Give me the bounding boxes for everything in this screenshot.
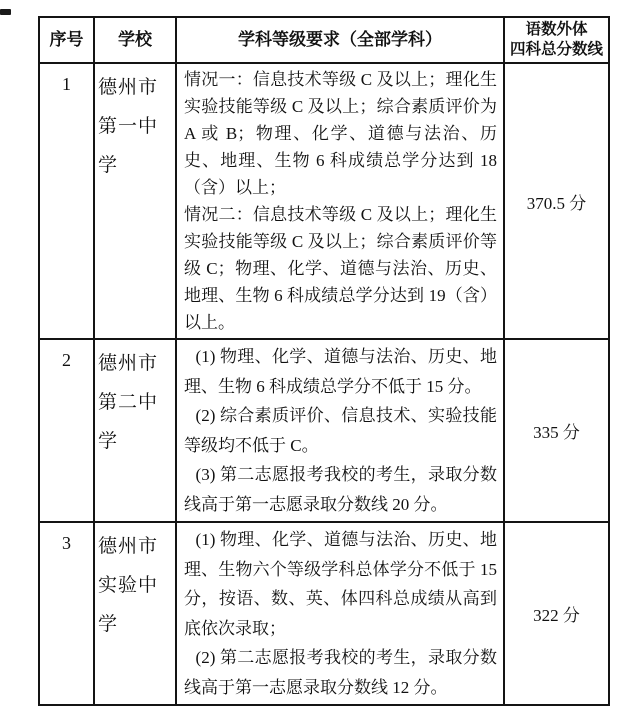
school-name-cell: 德州市第二中学 [94, 339, 176, 522]
requirement-paragraph: (2) 综合素质评价、信息技术、实验技能等级均不低于 C。 [184, 401, 497, 460]
index-cell: 3 [39, 522, 94, 705]
index-cell: 1 [39, 63, 94, 339]
requirements-cell: (1) 物理、化学、道德与法治、历史、地理、生物六个等级学科总体学分不低于 15… [176, 522, 504, 705]
requirement-paragraph: (3) 第二志愿报考我校的考生，录取分数线高于第一志愿录取分数线 20 分。 [184, 460, 497, 519]
requirements-cell: (1) 物理、化学、道德与法治、历史、地理、生物 6 科成绩总学分不低于 15 … [176, 339, 504, 522]
table-row-school-3: 3 德州市实验中学 (1) 物理、化学、道德与法治、历史、地理、生物六个等级学科… [39, 522, 609, 705]
requirement-paragraph: (1) 物理、化学、道德与法治、历史、地理、生物六个等级学科总体学分不低于 15… [184, 525, 497, 643]
requirement-paragraph: (2) 第二志愿报考我校的考生，录取分数线高于第一志愿录取分数线 12 分。 [184, 643, 497, 702]
header-cell-score: 语数外体 四科总分数线 [504, 17, 609, 63]
school-name-cell: 德州市第一中学 [94, 63, 176, 339]
requirement-paragraph: (1) 物理、化学、道德与法治、历史、地理、生物 6 科成绩总学分不低于 15 … [184, 342, 497, 401]
score-cell: 370.5 分 [504, 63, 609, 339]
table-row-school-2: 2 德州市第二中学 (1) 物理、化学、道德与法治、历史、地理、生物 6 科成绩… [39, 339, 609, 522]
admission-score-table: 序号 学校 学科等级要求（全部学科） 语数外体 四科总分数线 1 德州市第一中学… [38, 16, 610, 706]
school-name-cell: 德州市实验中学 [94, 522, 176, 705]
scan-artifact-mark [0, 9, 11, 15]
header-score-line2: 四科总分数线 [506, 40, 607, 60]
score-cell: 322 分 [504, 522, 609, 705]
table-row-school-1: 1 德州市第一中学 情况一：信息技术等级 C 及以上；理化生实验技能等级 C 及… [39, 63, 609, 339]
index-cell: 2 [39, 339, 94, 522]
header-cell-requirements: 学科等级要求（全部学科） [176, 17, 504, 63]
requirements-cell: 情况一：信息技术等级 C 及以上；理化生实验技能等级 C 及以上；综合素质评价为… [176, 63, 504, 339]
requirement-paragraph: 情况二：信息技术等级 C 及以上；理化生实验技能等级 C 及以上；综合素质评价等… [184, 201, 497, 336]
requirement-paragraph: 情况一：信息技术等级 C 及以上；理化生实验技能等级 C 及以上；综合素质评价为… [184, 66, 497, 201]
header-score-line1: 语数外体 [506, 20, 607, 40]
header-cell-school: 学校 [94, 17, 176, 63]
score-cell: 335 分 [504, 339, 609, 522]
header-cell-index: 序号 [39, 17, 94, 63]
header-row: 序号 学校 学科等级要求（全部学科） 语数外体 四科总分数线 [39, 17, 609, 63]
